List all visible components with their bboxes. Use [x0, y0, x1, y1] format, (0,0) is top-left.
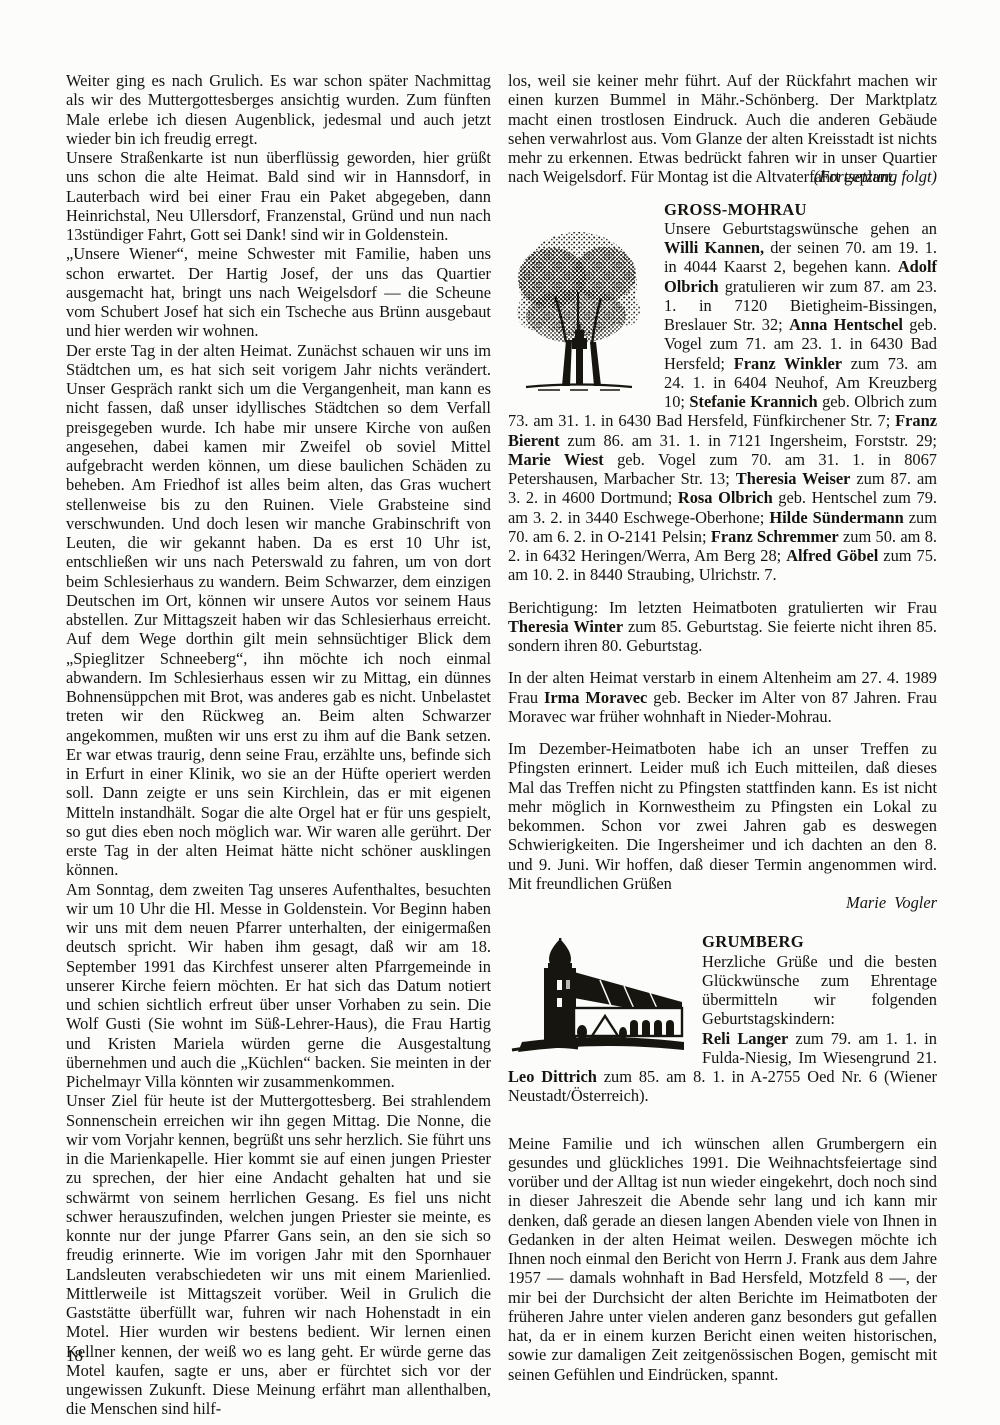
- left-text-column: Weiter ging es nach Grulich. Es war scho…: [66, 71, 491, 1419]
- text-run: Weiter ging es nach Grulich. Es war scho…: [66, 71, 491, 148]
- person-name: Alfred Göbel: [786, 546, 878, 565]
- person-name: Rosa Olbrich: [678, 488, 773, 507]
- paragraph: In der alten Heimat verstarb in einem Al…: [508, 668, 937, 726]
- paragraph: Im Dezember-Heimatboten habe ich an unse…: [508, 739, 937, 893]
- church-engraving-figure: [508, 932, 696, 1060]
- text-run: Herzliche Grüße und die besten Glückwüns…: [702, 952, 937, 1029]
- text-run: Am Sonntag, dem zweiten Tag unseres Aufe…: [66, 880, 491, 1092]
- paragraph: Meine Familie und ich wünschen allen Gru…: [508, 1134, 937, 1384]
- right-text-column: los, weil sie keiner mehr führt. Auf der…: [508, 71, 937, 1384]
- page-number: 18: [66, 1346, 83, 1366]
- person-name: Leo Dittrich: [508, 1067, 597, 1086]
- paragraph: Der erste Tag in der alten Heimat. Zunäc…: [66, 341, 491, 880]
- paragraph: Unsere Straßenkarte ist nun überflüssig …: [66, 148, 491, 244]
- person-name: Irma Moravec: [544, 688, 647, 707]
- person-name: Marie Wiest: [508, 450, 604, 469]
- paragraph: Unser Ziel für heute ist der Muttergotte…: [66, 1091, 491, 1418]
- text-run: Unsere Geburtstagswünsche gehen an: [664, 219, 937, 238]
- person-name: Stefanie Krannich: [689, 392, 817, 411]
- person-name: Franz Winkler: [734, 354, 842, 373]
- paragraph: Berichtigung: Im letzten Heimatboten gra…: [508, 598, 937, 656]
- text-run: Meine Familie und ich wünschen allen Gru…: [508, 1134, 937, 1384]
- text-run: Der erste Tag in der alten Heimat. Zunäc…: [66, 341, 491, 880]
- text-run: Berichtigung: Im letzten Heimatboten gra…: [508, 598, 937, 617]
- person-name: Theresia Weiser: [736, 469, 851, 488]
- paragraph: „Unsere Wiener“, meine Schwester mit Fam…: [66, 244, 491, 340]
- text-run: Unsere Straßenkarte ist nun überflüssig …: [66, 148, 491, 244]
- signature: Marie Vogler: [508, 893, 937, 912]
- section-gross-mohrau: GROSS-MOHRAUUnsere Geburtstagswünsche ge…: [508, 200, 937, 585]
- text-run: „Unsere Wiener“, meine Schwester mit Fam…: [66, 244, 491, 340]
- tree-engraving-figure: [508, 200, 658, 396]
- text-run: Marie Vogler: [846, 893, 937, 912]
- text-run: Unser Ziel für heute ist der Muttergotte…: [66, 1091, 491, 1418]
- person-name: Hilde Sündermann: [769, 508, 903, 527]
- person-name: Willi Kannen,: [664, 238, 764, 257]
- person-name: Theresia Winter: [508, 617, 623, 636]
- person-name: Franz Schremmer: [711, 527, 839, 546]
- text-run: zum 86. am 31. 1. in 7121 Ingersheim, Fo…: [560, 431, 937, 450]
- section-grumberg: GRUMBERGHerzliche Grüße und die besten G…: [508, 932, 937, 1105]
- text-run: Im Dezember-Heimatboten habe ich an unse…: [508, 739, 937, 893]
- paragraph: los, weil sie keiner mehr führt. Auf der…: [508, 71, 937, 187]
- paragraph: Weiter ging es nach Grulich. Es war scho…: [66, 71, 491, 148]
- person-name: Reli Langer: [702, 1029, 788, 1048]
- paragraph: Am Sonntag, dem zweiten Tag unseres Aufe…: [66, 880, 491, 1092]
- person-name: Anna Hentschel: [789, 315, 903, 334]
- newsletter-page: Weiter ging es nach Grulich. Es war scho…: [0, 0, 1000, 1425]
